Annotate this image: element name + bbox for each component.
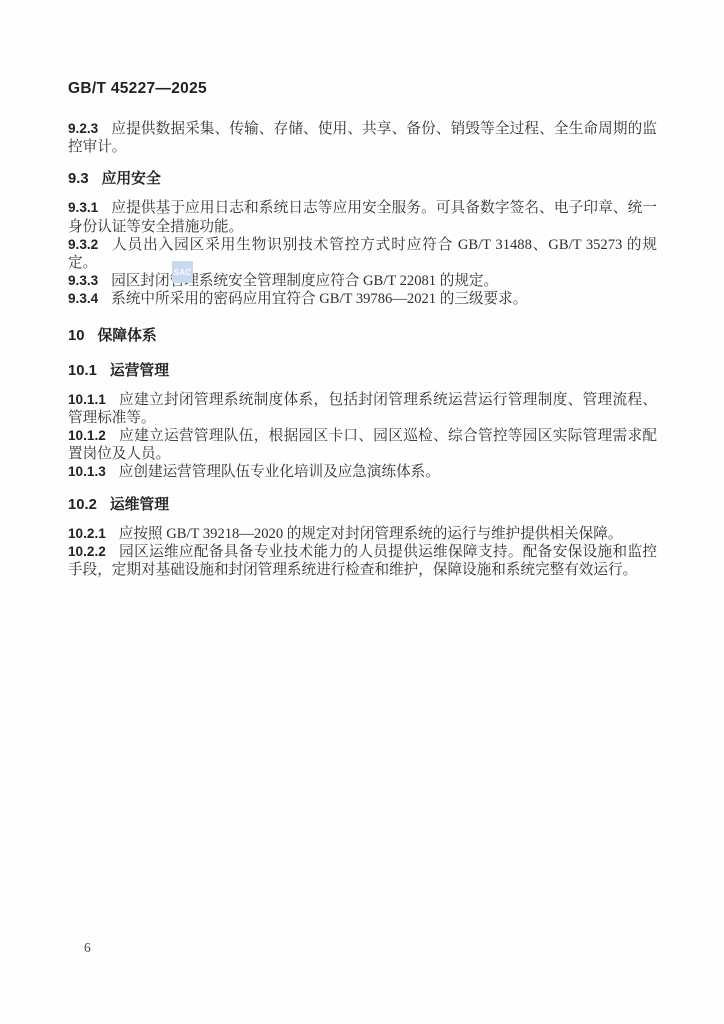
heading-number: 9.3 xyxy=(68,171,89,187)
clause-number: 9.3.1 xyxy=(68,200,98,215)
sac-watermark-stamp-icon: SAC xyxy=(172,261,193,283)
document-page: GB/T 45227—2025 9.2.3应提供数据采集、传输、存储、使用、共享… xyxy=(0,0,724,1024)
clause-number: 9.3.4 xyxy=(68,291,98,306)
clause-number: 10.1.1 xyxy=(68,392,106,407)
clause-text: 应提供基于应用日志和系统日志等应用安全服务。可具备数字签名、电子印章、统一身份认… xyxy=(68,200,657,234)
clause-10-1-2: 10.1.2应建立运营管理队伍，根据园区卡口、园区巡检、综合管控等园区实际管理需… xyxy=(68,427,657,463)
heading-10: 10保障体系 xyxy=(68,327,657,345)
clause-text: 园区运维应配备具备专业技术能力的人员提供运维保障支持。配备安保设施和监控手段，定… xyxy=(68,544,657,578)
heading-number: 10.2 xyxy=(68,497,97,513)
clause-10-1-3: 10.1.3应创建运营管理队伍专业化培训及应急演练体系。 xyxy=(68,463,657,481)
clause-number: 9.3.2 xyxy=(68,237,98,252)
clause-number: 9.2.3 xyxy=(68,121,98,136)
clause-9-3-1: 9.3.1应提供基于应用日志和系统日志等应用安全服务。可具备数字签名、电子印章、… xyxy=(68,199,657,235)
clause-text: 应按照 GB/T 39218—2020 的规定对封闭管理系统的运行与维护提供相关… xyxy=(119,526,623,542)
heading-text: 运维管理 xyxy=(110,497,169,513)
clause-number: 9.3.3 xyxy=(68,273,98,288)
clause-text: 人员出入园区采用生物识别技术管控方式时应符合 GB/T 31488、GB/T 3… xyxy=(68,237,657,271)
clause-number: 10.1.2 xyxy=(68,428,106,443)
heading-number: 10.1 xyxy=(68,363,97,379)
clause-number: 10.2.2 xyxy=(68,544,106,559)
clause-number: 10.2.1 xyxy=(68,526,106,541)
clause-10-2-2: 10.2.2园区运维应配备具备专业技术能力的人员提供运维保障支持。配备安保设施和… xyxy=(68,543,657,579)
clause-10-1-1: 10.1.1应建立封闭管理系统制度体系，包括封闭管理系统运营运行管理制度、管理流… xyxy=(68,391,657,427)
clause-text: 应建立运营管理队伍，根据园区卡口、园区巡检、综合管控等园区实际管理需求配置岗位及… xyxy=(68,428,657,462)
heading-10-2: 10.2运维管理 xyxy=(68,496,657,514)
heading-text: 运营管理 xyxy=(110,363,169,379)
heading-number: 10 xyxy=(68,328,84,344)
heading-text: 应用安全 xyxy=(102,171,161,187)
heading-10-1: 10.1运营管理 xyxy=(68,362,657,380)
page-number: 6 xyxy=(84,940,91,956)
clause-9-3-2: 9.3.2人员出入园区采用生物识别技术管控方式时应符合 GB/T 31488、G… xyxy=(68,236,657,272)
document-body: GB/T 45227—2025 9.2.3应提供数据采集、传输、存储、使用、共享… xyxy=(68,80,657,579)
clause-text: 系统中所采用的密码应用宜符合 GB/T 39786—2021 的三级要求。 xyxy=(111,291,527,307)
clause-text: 应创建运营管理队伍专业化培训及应急演练体系。 xyxy=(119,464,440,480)
heading-text: 保障体系 xyxy=(97,328,156,344)
clause-9-2-3: 9.2.3应提供数据采集、传输、存储、使用、共享、备份、销毁等全过程、全生命周期… xyxy=(68,120,657,156)
clause-text: 应提供数据采集、传输、存储、使用、共享、备份、销毁等全过程、全生命周期的监控审计… xyxy=(68,121,657,155)
clause-10-2-1: 10.2.1应按照 GB/T 39218—2020 的规定对封闭管理系统的运行与… xyxy=(68,525,657,543)
running-header: GB/T 45227—2025 xyxy=(68,80,657,98)
clause-text: 园区封闭管理系统安全管理制度应符合 GB/T 22081 的规定。 xyxy=(111,273,498,289)
heading-9-3: 9.3应用安全 xyxy=(68,170,657,188)
clause-9-3-4: 9.3.4系统中所采用的密码应用宜符合 GB/T 39786—2021 的三级要… xyxy=(68,290,657,308)
clause-number: 10.1.3 xyxy=(68,464,106,479)
clause-text: 应建立封闭管理系统制度体系，包括封闭管理系统运营运行管理制度、管理流程、管理标准… xyxy=(68,392,657,426)
clause-9-3-3: 9.3.3园区封闭管理系统安全管理制度应符合 GB/T 22081 的规定。 xyxy=(68,272,657,290)
